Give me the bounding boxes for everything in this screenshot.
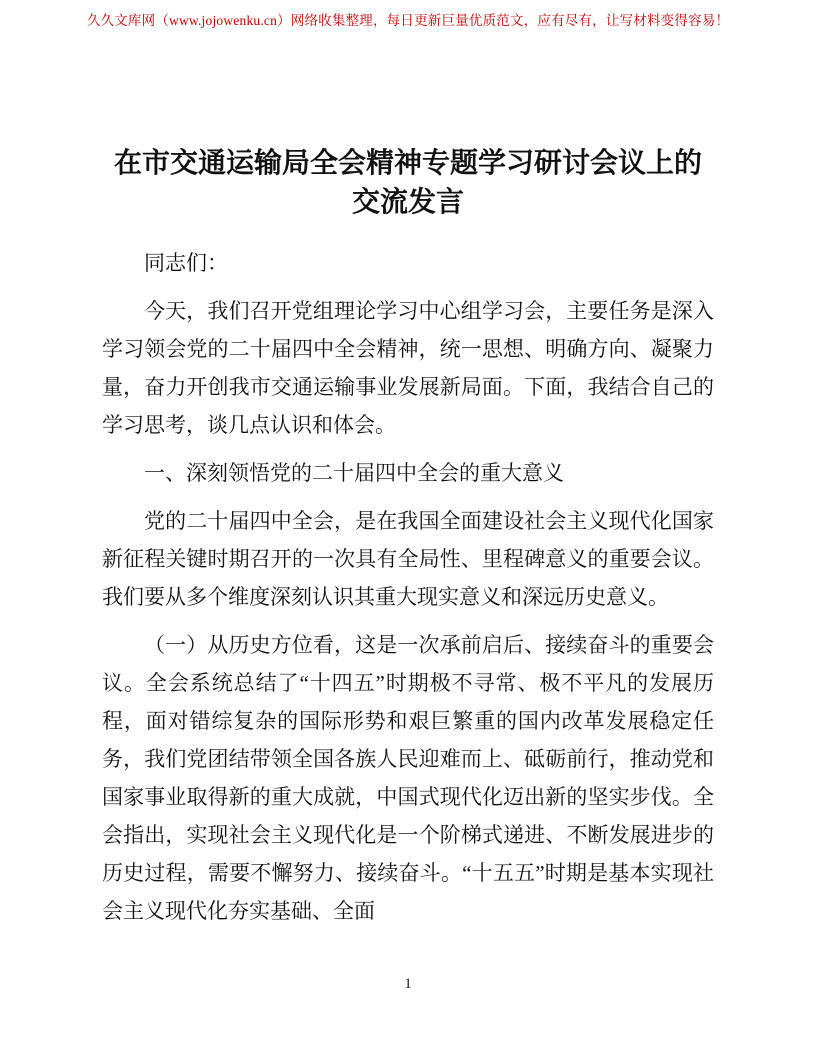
document-title: 在市交通运输局全会精神专题学习研讨会议上的交流发言 — [110, 144, 706, 222]
watermark-banner: 久久文库网（www.jojowenku.cn）网络收集整理，每日更新巨量优质范文… — [0, 9, 816, 29]
page-number: 1 — [0, 976, 816, 993]
paragraph-intro: 今天，我们召开党组理论学习中心组学习会，主要任务是深入学习领会党的二十届四中全会… — [102, 292, 714, 444]
document-page: 久久文库网（www.jojowenku.cn）网络收集整理，每日更新巨量优质范文… — [0, 0, 816, 1056]
section-heading-1: 一、深刻领悟党的二十届四中全会的重大意义 — [102, 454, 714, 492]
document-body: 同志们： 今天，我们召开党组理论学习中心组学习会，主要任务是深入学习领会党的二十… — [102, 244, 714, 940]
paragraph-historical-view: （一）从历史方位看，这是一次承前启后、接续奋斗的重要会议。全会系统总结了“十四五… — [102, 626, 714, 930]
paragraph-significance: 党的二十届四中全会，是在我国全面建设社会主义现代化国家新征程关键时期召开的一次具… — [102, 502, 714, 616]
salutation: 同志们： — [102, 244, 714, 282]
